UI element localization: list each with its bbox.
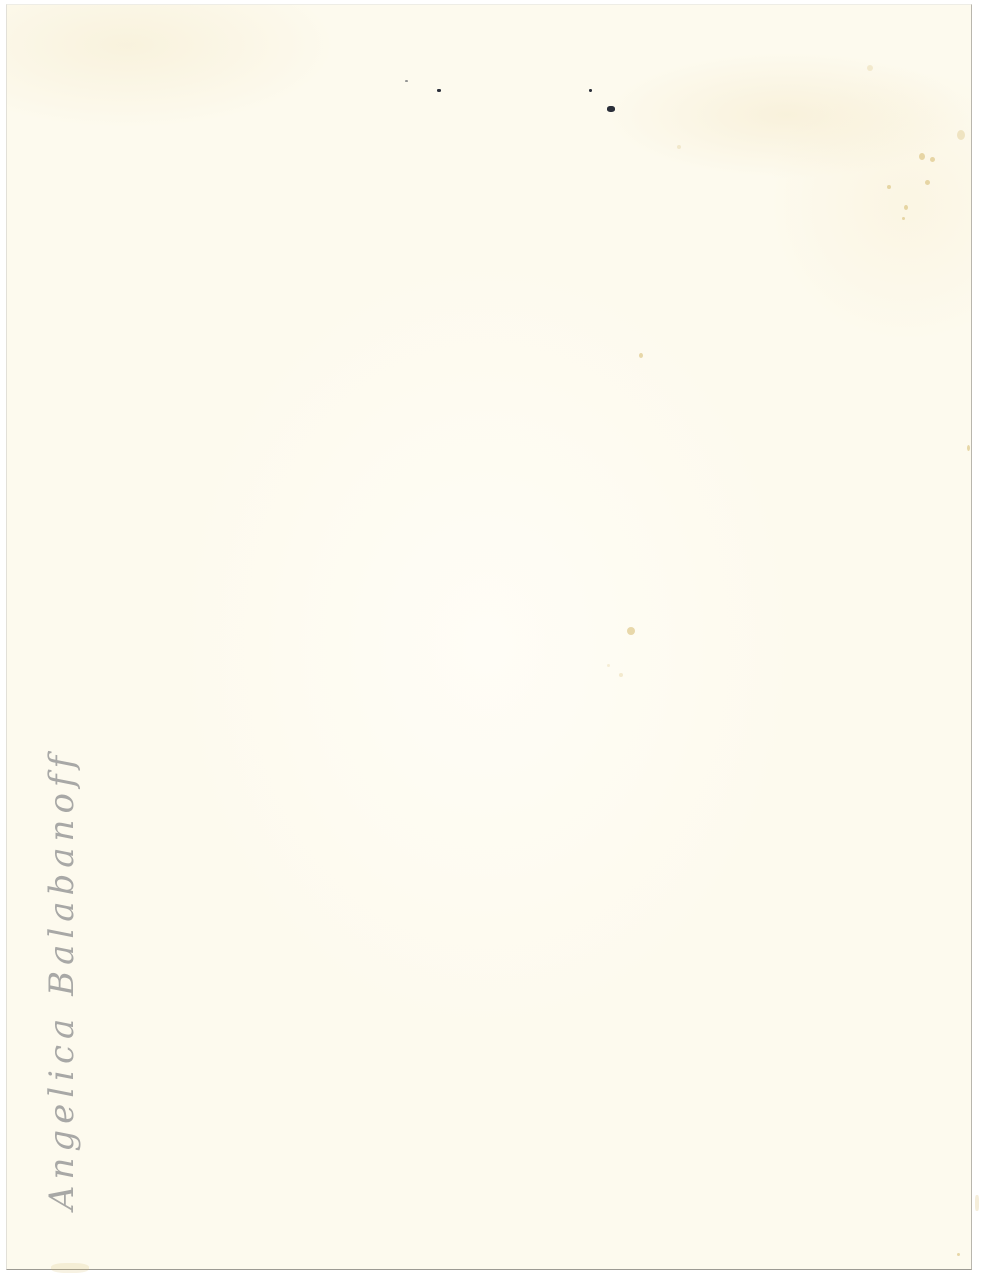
foxing-stain [975, 1195, 979, 1211]
ink-speck [589, 89, 592, 92]
foxing-stain [887, 185, 891, 189]
foxing-stain [904, 205, 908, 210]
foxing-stain [957, 130, 965, 140]
foxing-stain [902, 217, 905, 220]
foxing-stain [51, 1263, 89, 1273]
foxing-stain [627, 627, 635, 635]
foxing-stain [925, 180, 930, 185]
handwritten-inscription: Angelica Balabanoff [42, 750, 82, 1210]
foxing-stain [639, 353, 643, 358]
foxing-stain [867, 65, 873, 71]
foxing-stain [957, 1253, 960, 1256]
ink-speck [437, 89, 441, 92]
ink-speck [405, 80, 408, 82]
foxing-stain [607, 664, 610, 667]
foxing-stain [930, 157, 935, 162]
foxing-stain [677, 145, 681, 149]
photo-back-sheet [6, 4, 972, 1270]
ink-spot [607, 106, 615, 112]
foxing-stain [967, 445, 970, 451]
foxing-stain [919, 153, 925, 160]
foxing-stain [619, 673, 623, 677]
